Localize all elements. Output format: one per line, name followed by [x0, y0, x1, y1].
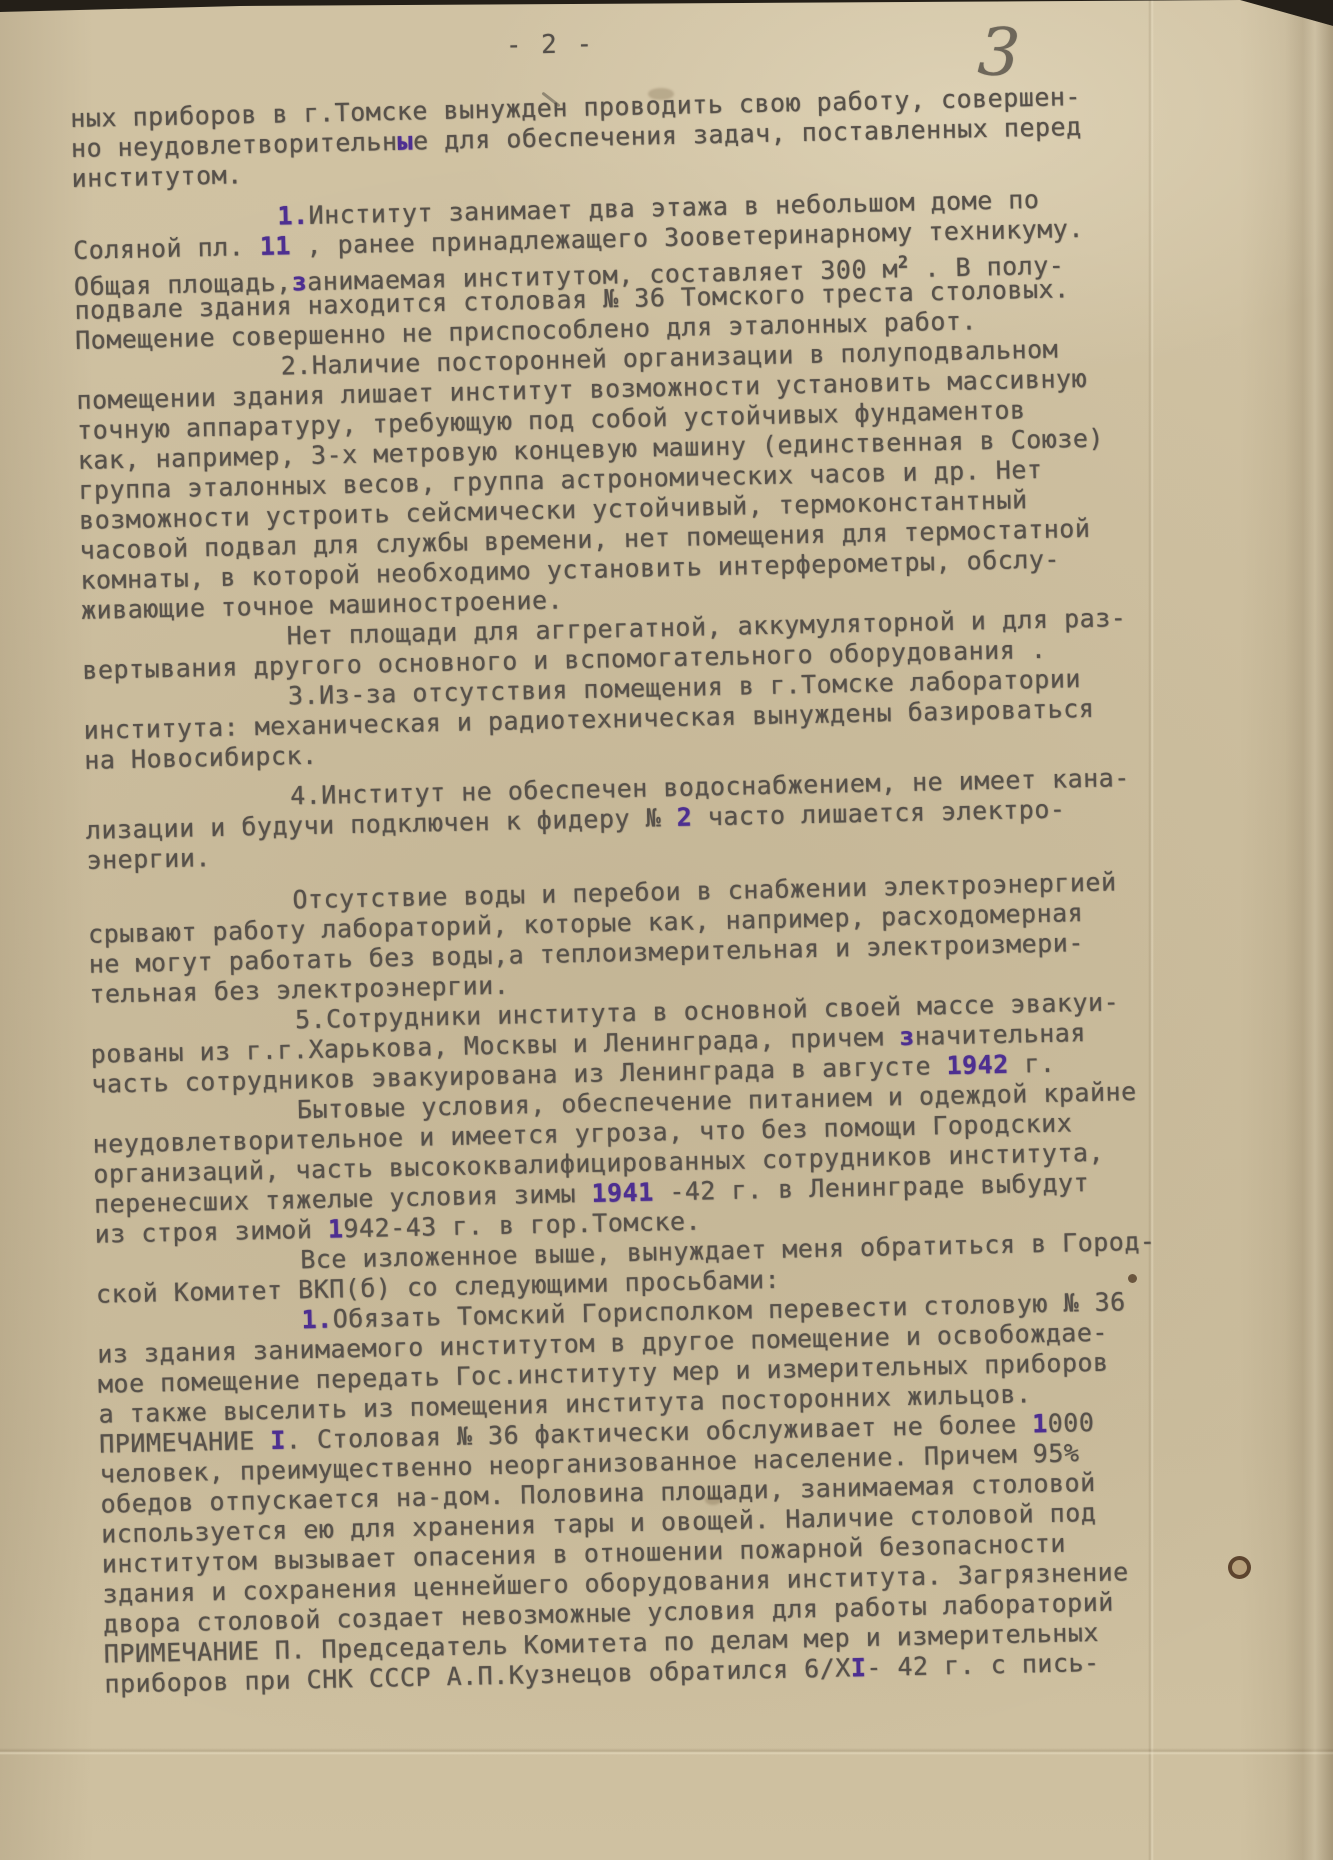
- ink-spot: [1128, 1274, 1137, 1283]
- binding-edge: [0, 0, 66, 1860]
- paper-smudge: [648, 88, 674, 100]
- scanned-document: - 2 - 3 ных приборов в г.Томске вынужден…: [0, 0, 1333, 1860]
- page-right-bend: [1285, 0, 1333, 1860]
- typewritten-text: ных приборов в г.Томске вынужден проводи…: [70, 81, 1145, 1699]
- document-page: - 2 - 3 ных приборов в г.Томске вынужден…: [0, 0, 1333, 1860]
- fold-crease-bottom: [0, 1748, 1333, 1755]
- paper-smudge: [705, 1495, 721, 1505]
- page-number: - 2 -: [440, 28, 660, 61]
- folio-number-handwritten: 3: [976, 13, 1022, 92]
- fold-crease-vertical: [1148, 0, 1154, 1860]
- burn-spot: [1228, 1556, 1251, 1579]
